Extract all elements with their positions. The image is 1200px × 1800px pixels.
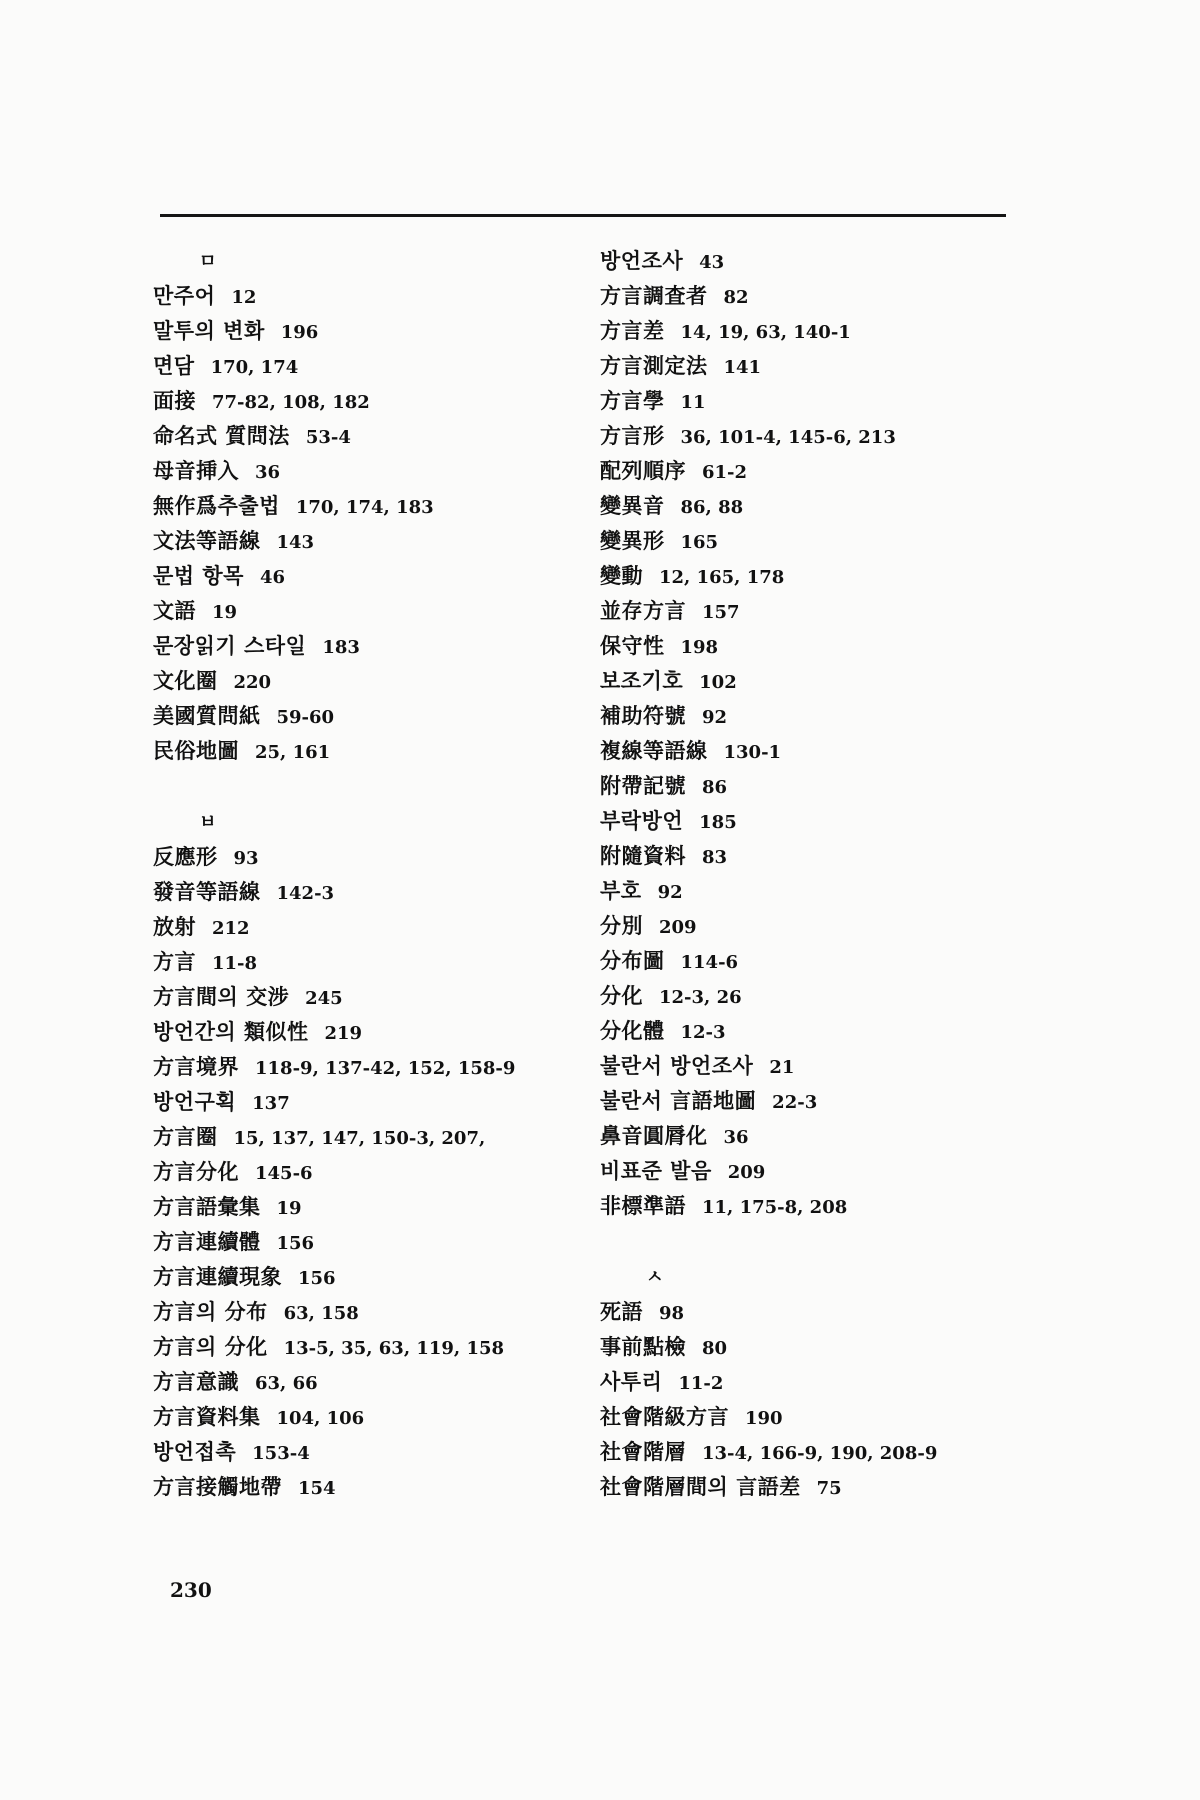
section-spacer (600, 1224, 1020, 1260)
index-entry: 社會階級方言190 (600, 1400, 1020, 1435)
entry-term: 비표준 발음 (600, 1159, 712, 1183)
index-entry: 母音挿入36 (153, 454, 573, 489)
index-entry: 非標準語11, 175-8, 208 (600, 1189, 1020, 1224)
index-entry: 變動12, 165, 178 (600, 559, 1020, 594)
index-entry: 美國質問紙59-60 (153, 699, 573, 734)
entry-pages: 104, 106 (277, 1408, 365, 1429)
entry-pages: 80 (702, 1338, 727, 1359)
entry-term: 方言意識 (153, 1370, 239, 1394)
entry-term: 부호 (600, 879, 642, 903)
entry-term: 불란서 言語地圖 (600, 1089, 756, 1113)
entry-pages: 19 (277, 1198, 302, 1219)
entry-term: 문법 항목 (153, 564, 244, 588)
index-entry: 民俗地圖25, 161 (153, 734, 573, 769)
index-entry: 文化圈220 (153, 664, 573, 699)
entry-pages: 11, 175-8, 208 (702, 1197, 847, 1218)
entry-term: 放射 (153, 915, 196, 939)
entry-term: 事前點檢 (600, 1335, 686, 1359)
entry-pages: 86 (702, 777, 727, 798)
entry-term: 方言間의 交涉 (153, 985, 289, 1009)
index-entry: 並存方言157 (600, 594, 1020, 629)
index-entry: 문법 항목46 (153, 559, 573, 594)
entry-term: 文法等語線 (153, 529, 261, 553)
index-entry: 方言分化145-6 (153, 1155, 573, 1190)
entry-pages: 156 (298, 1268, 336, 1289)
index-entry: 分別209 (600, 909, 1020, 944)
entry-term: 방언조사 (600, 249, 683, 273)
entry-term: 面接 (153, 389, 196, 413)
entry-pages: 12 (231, 287, 256, 308)
entry-pages: 183 (322, 637, 360, 658)
index-entry: 부락방언185 (600, 804, 1020, 839)
page-number: 230 (170, 1578, 212, 1602)
index-entry: 死語98 (600, 1295, 1020, 1330)
entry-pages: 21 (769, 1057, 794, 1078)
index-entry: 鼻音圓脣化36 (600, 1119, 1020, 1154)
entry-term: 命名式 質問法 (153, 424, 290, 448)
entry-pages: 12, 165, 178 (659, 567, 784, 588)
entry-pages: 11 (681, 392, 706, 413)
entry-pages: 19 (212, 602, 237, 623)
entry-term: 方言測定法 (600, 354, 708, 378)
index-entry: 方言의 分布63, 158 (153, 1295, 573, 1330)
section-heading-mieum: ㅁ (153, 244, 573, 279)
entry-pages: 141 (724, 357, 762, 378)
entry-pages: 12-3 (681, 1022, 726, 1043)
entry-pages: 11-2 (678, 1373, 723, 1394)
entry-pages: 145-6 (255, 1163, 313, 1184)
entry-pages: 36 (255, 462, 280, 483)
entry-term: 社會階層間의 言語差 (600, 1475, 801, 1499)
entry-pages: 245 (305, 988, 343, 1009)
index-entry: 면담170, 174 (153, 349, 573, 384)
entry-pages: 157 (702, 602, 740, 623)
entry-pages: 196 (281, 322, 319, 343)
entry-term: 方言連續現象 (153, 1265, 282, 1289)
entry-term: 鼻音圓脣化 (600, 1124, 708, 1148)
entry-pages: 156 (277, 1233, 315, 1254)
index-entry: 發音等語線142-3 (153, 875, 573, 910)
entry-pages: 43 (699, 252, 724, 273)
entry-pages: 114-6 (681, 952, 739, 973)
entry-term: 사투리 (600, 1370, 662, 1394)
index-entry: 社會階層間의 言語差75 (600, 1470, 1020, 1505)
index-entry: 面接77-82, 108, 182 (153, 384, 573, 419)
index-entry: 방언구획137 (153, 1085, 573, 1120)
entry-term: 방언접촉 (153, 1440, 236, 1464)
entry-term: 문장읽기 스타일 (153, 634, 306, 658)
entry-pages: 170, 174 (211, 357, 299, 378)
entry-pages: 137 (252, 1093, 290, 1114)
entry-pages: 142-3 (277, 883, 335, 904)
entry-pages: 93 (234, 848, 259, 869)
entry-term: 附帶記號 (600, 774, 686, 798)
entry-term: 보조기호 (600, 669, 683, 693)
index-entry: 불란서 言語地圖22-3 (600, 1084, 1020, 1119)
entry-term: 複線等語線 (600, 739, 708, 763)
entry-pages: 102 (699, 672, 737, 693)
index-entry: 方言接觸地帶154 (153, 1470, 573, 1505)
entry-term: 民俗地圖 (153, 739, 239, 763)
index-entry: 方言語彙集19 (153, 1190, 573, 1225)
entry-term: 分化體 (600, 1019, 665, 1043)
entry-term: 부락방언 (600, 809, 683, 833)
entry-term: 文語 (153, 599, 196, 623)
index-entry: 방언간의 類似性219 (153, 1015, 573, 1050)
entry-pages: 59-60 (277, 707, 335, 728)
index-entry: 社會階層13-4, 166-9, 190, 208-9 (600, 1435, 1020, 1470)
entry-term: 死語 (600, 1300, 643, 1324)
index-entry: 方言調査者82 (600, 279, 1020, 314)
index-entry: 만주어12 (153, 279, 573, 314)
top-rule (160, 214, 1006, 217)
index-entry: 方言11-8 (153, 945, 573, 980)
entry-term: 方言形 (600, 424, 665, 448)
index-entry: 方言連續現象156 (153, 1260, 573, 1295)
entry-pages: 15, 137, 147, 150-3, 207, (234, 1128, 486, 1149)
entry-term: 變異形 (600, 529, 665, 553)
entry-pages: 198 (681, 637, 719, 658)
index-entry: 補助符號92 (600, 699, 1020, 734)
index-entry: 부호92 (600, 874, 1020, 909)
entry-term: 發音等語線 (153, 880, 261, 904)
entry-pages: 12-3, 26 (659, 987, 742, 1008)
index-entry: 方言의 分化13-5, 35, 63, 119, 158 (153, 1330, 573, 1365)
entry-term: 면담 (153, 354, 195, 378)
index-entry: 불란서 방언조사21 (600, 1049, 1020, 1084)
index-entry: 方言資料集104, 106 (153, 1400, 573, 1435)
index-entry: 文語19 (153, 594, 573, 629)
entry-pages: 98 (659, 1303, 684, 1324)
index-entry: 方言連續體156 (153, 1225, 573, 1260)
entry-pages: 75 (817, 1478, 842, 1499)
index-entry: 方言形36, 101-4, 145-6, 213 (600, 419, 1020, 454)
entry-pages: 13-4, 166-9, 190, 208-9 (702, 1443, 937, 1464)
entry-pages: 154 (298, 1478, 336, 1499)
index-entry: 방언조사43 (600, 244, 1020, 279)
entry-term: 附隨資料 (600, 844, 686, 868)
entry-term: 方言調査者 (600, 284, 708, 308)
entry-pages: 143 (277, 532, 315, 553)
index-entry: 分布圖114-6 (600, 944, 1020, 979)
entry-term: 非標準語 (600, 1194, 686, 1218)
index-entry: 附隨資料83 (600, 839, 1020, 874)
index-entry: 無作爲추출법170, 174, 183 (153, 489, 573, 524)
entry-pages: 209 (659, 917, 697, 938)
entry-term: 反應形 (153, 845, 218, 869)
entry-term: 方言의 分化 (153, 1335, 268, 1359)
entry-term: 方言連續體 (153, 1230, 261, 1254)
entry-pages: 212 (212, 918, 250, 939)
entry-pages: 219 (324, 1023, 362, 1044)
index-entry: 反應形93 (153, 840, 573, 875)
index-entry: 變異形165 (600, 524, 1020, 559)
entry-term: 補助符號 (600, 704, 686, 728)
entry-pages: 92 (658, 882, 683, 903)
index-entry: 變異音86, 88 (600, 489, 1020, 524)
entry-term: 말투의 변화 (153, 319, 265, 343)
section-heading-siot: ㅅ (600, 1260, 1020, 1295)
entry-pages: 25, 161 (255, 742, 330, 763)
entry-term: 變異音 (600, 494, 665, 518)
index-entry: 보조기호102 (600, 664, 1020, 699)
index-column-left: ㅁ 만주어12 말투의 변화196 면담170, 174 面接77-82, 10… (153, 244, 573, 1505)
entry-term: 方言學 (600, 389, 665, 413)
entry-term: 方言 (153, 950, 196, 974)
section-spacer (153, 769, 573, 805)
entry-pages: 190 (745, 1408, 783, 1429)
entry-term: 社會階級方言 (600, 1405, 729, 1429)
entry-term: 分別 (600, 914, 643, 938)
index-entry: 分化12-3, 26 (600, 979, 1020, 1014)
entry-term: 變動 (600, 564, 643, 588)
index-entry: 말투의 변화196 (153, 314, 573, 349)
entry-pages: 11-8 (212, 953, 257, 974)
entry-term: 만주어 (153, 284, 215, 308)
index-column-right: 방언조사43 方言調査者82 方言差14, 19, 63, 140-1 方言測定… (600, 244, 1020, 1505)
entry-pages: 185 (699, 812, 737, 833)
entry-pages: 63, 66 (255, 1373, 318, 1394)
index-entry: 附帶記號86 (600, 769, 1020, 804)
entry-term: 方言差 (600, 319, 665, 343)
entry-term: 配列順序 (600, 459, 686, 483)
entry-term: 方言語彙集 (153, 1195, 261, 1219)
entry-pages: 92 (702, 707, 727, 728)
index-entry: 複線等語線130-1 (600, 734, 1020, 769)
entry-term: 方言境界 (153, 1055, 239, 1079)
entry-term: 分化 (600, 984, 643, 1008)
entry-pages: 63, 158 (284, 1303, 359, 1324)
entry-term: 並存方言 (600, 599, 686, 623)
section-heading-bieup: ㅂ (153, 805, 573, 840)
index-entry: 방언접촉153-4 (153, 1435, 573, 1470)
index-entry: 事前點檢80 (600, 1330, 1020, 1365)
index-entry: 方言意識63, 66 (153, 1365, 573, 1400)
index-entry: 配列順序61-2 (600, 454, 1020, 489)
entry-pages: 13-5, 35, 63, 119, 158 (284, 1338, 504, 1359)
entry-pages: 36, 101-4, 145-6, 213 (681, 427, 896, 448)
index-entry: 方言測定法141 (600, 349, 1020, 384)
entry-pages: 209 (728, 1162, 766, 1183)
entry-pages: 77-82, 108, 182 (212, 392, 370, 413)
entry-pages: 53-4 (306, 427, 351, 448)
entry-pages: 170, 174, 183 (296, 497, 434, 518)
entry-term: 無作爲추출법 (153, 494, 280, 518)
entry-pages: 118-9, 137-42, 152, 158-9 (255, 1058, 515, 1079)
index-entry: 비표준 발음209 (600, 1154, 1020, 1189)
entry-term: 方言接觸地帶 (153, 1475, 282, 1499)
entry-term: 美國質問紙 (153, 704, 261, 728)
entry-term: 방언구획 (153, 1090, 236, 1114)
entry-term: 불란서 방언조사 (600, 1054, 753, 1078)
entry-pages: 165 (681, 532, 719, 553)
entry-term: 文化圈 (153, 669, 218, 693)
entry-pages: 22-3 (772, 1092, 817, 1113)
entry-term: 母音挿入 (153, 459, 239, 483)
index-entry: 分化體12-3 (600, 1014, 1020, 1049)
index-entry: 문장읽기 스타일183 (153, 629, 573, 664)
entry-term: 方言分化 (153, 1160, 239, 1184)
index-entry: 方言境界118-9, 137-42, 152, 158-9 (153, 1050, 573, 1085)
index-entry: 放射212 (153, 910, 573, 945)
entry-pages: 14, 19, 63, 140-1 (681, 322, 851, 343)
index-entry: 方言學11 (600, 384, 1020, 419)
entry-term: 社會階層 (600, 1440, 686, 1464)
entry-term: 方言資料集 (153, 1405, 261, 1429)
index-entry: 方言差14, 19, 63, 140-1 (600, 314, 1020, 349)
entry-term: 方言圈 (153, 1125, 218, 1149)
entry-pages: 83 (702, 847, 727, 868)
index-entry: 方言圈15, 137, 147, 150-3, 207, (153, 1120, 573, 1155)
entry-pages: 86, 88 (681, 497, 744, 518)
entry-pages: 61-2 (702, 462, 747, 483)
index-entry: 文法等語線143 (153, 524, 573, 559)
index-entry: 方言間의 交涉245 (153, 980, 573, 1015)
index-entry: 사투리11-2 (600, 1365, 1020, 1400)
entry-term: 방언간의 類似性 (153, 1020, 308, 1044)
entry-pages: 220 (234, 672, 272, 693)
entry-term: 方言의 分布 (153, 1300, 268, 1324)
entry-pages: 36 (724, 1127, 749, 1148)
index-entry: 保守性198 (600, 629, 1020, 664)
entry-pages: 130-1 (724, 742, 782, 763)
entry-term: 保守性 (600, 634, 665, 658)
entry-pages: 46 (260, 567, 285, 588)
index-entry: 命名式 質問法53-4 (153, 419, 573, 454)
entry-term: 分布圖 (600, 949, 665, 973)
entry-pages: 82 (724, 287, 749, 308)
entry-pages: 153-4 (252, 1443, 310, 1464)
